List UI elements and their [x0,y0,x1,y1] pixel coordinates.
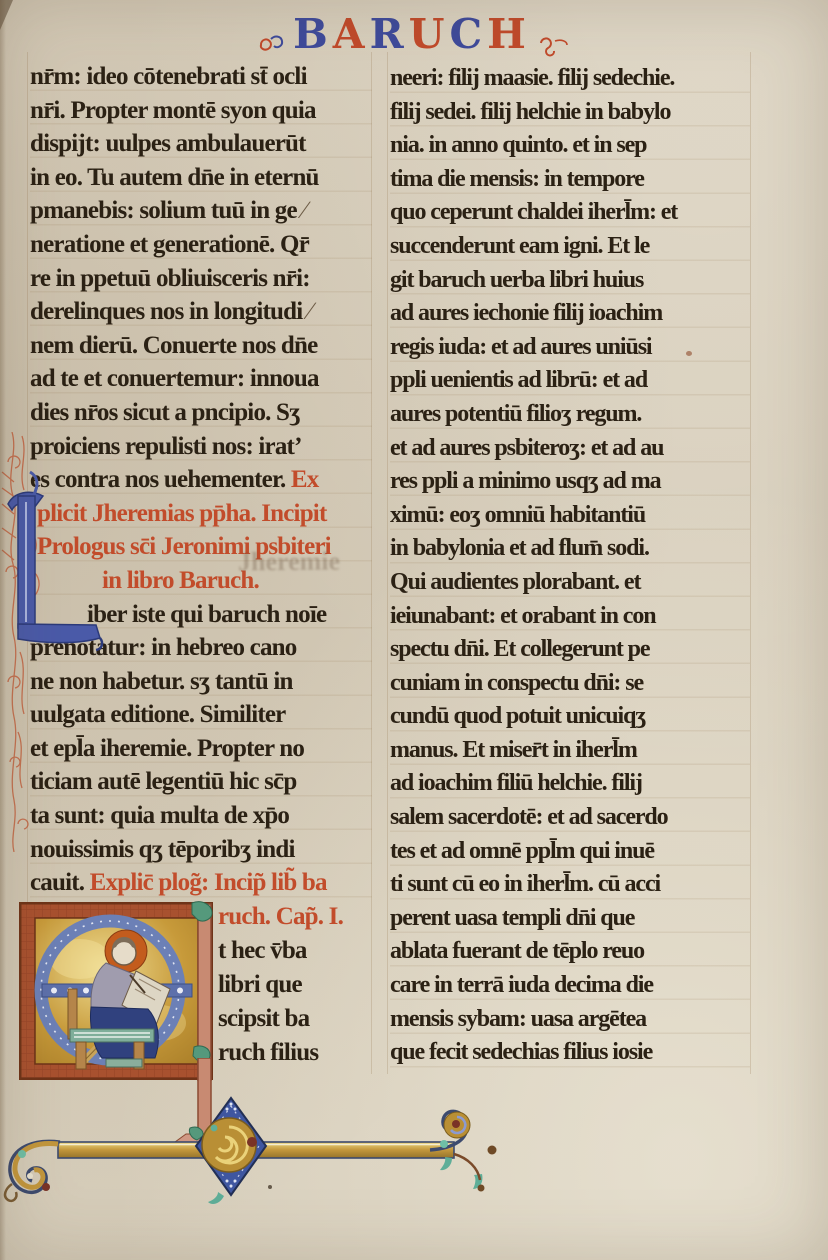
body-text: git baruch uerba libri huius [390,267,643,293]
body-text: scipsit ba [218,1005,309,1032]
bottom-bar-ornament [0,1058,520,1260]
text-line: neratione et generationē. Qr̄ [30,228,372,262]
body-text: dies nr̄os sicut a pncipio. Sʒ [30,399,300,426]
body-text: nr̄m: ideo cōtenebrati st̄ ocli [30,63,307,90]
text-line: ximū: eoʒ omniū habitantiū [390,499,750,533]
text-line: nia. in anno quinto. et in sep [390,129,750,163]
left-terminal-curl [5,1141,60,1201]
beside-initial-lines: ruch. Cap̃. I.t hec v̄balibri quescipsit… [218,900,370,1070]
text-line: dispijt: uulpes ambulauerūt [30,127,372,161]
white-dot [27,1173,33,1179]
teal-leaf [208,1192,224,1204]
header-flourish-left-icon [257,31,287,57]
text-line: re in ppetuū obliuisceris nr̄i: [30,262,372,296]
brown-dot [488,1146,497,1155]
teal-leaf [440,1157,452,1170]
body-text: tima die mensis: in tempore [390,166,644,192]
header-letter: B [293,10,333,58]
body-text: filij sedei. filij helchie in babylo [390,99,670,125]
initial-L [8,472,102,650]
body-text: salem sacerdotē: et ad sacerdo [390,804,668,830]
body-text: aures potentiū filioʒ regum. [390,401,641,427]
text-line: neeri: filij maasie. filij sedechie. [390,62,750,96]
body-text: ∕ [297,197,306,224]
text-line: regis iuda: et ad aures uniūsi [390,331,750,365]
header-letter: A [333,10,370,58]
body-text: spectu dn̄i. Et collegerunt pe [390,636,649,662]
teal-leaf [211,1125,218,1132]
text-line: ppli uenientis ad librū: et ad [390,364,750,398]
stain-spot [268,1185,272,1189]
text-line: perent uasa templi dn̄i que [390,902,750,936]
maroon-dot [42,1183,50,1191]
body-text: ximū: eoʒ omniū habitantiū [390,502,645,528]
page-edge-shadow [0,0,6,1260]
text-line: ieiunabant: et orabant in con [390,600,750,634]
rubric-text: Explic̄ plog̃: Incip̃ lib̃ ba [90,869,327,896]
text-line: succenderunt eam igni. Et le [390,230,750,264]
text-line: ruch. Cap̃. I. [218,900,370,934]
header-letter: R [370,10,409,58]
body-text: derelinques nos in longitudi [30,298,302,325]
brown-dot [478,1185,485,1192]
ruling-line [750,52,751,1074]
body-text: neratione et generationē. Qr̄ [30,231,309,258]
body-text: res ppli a minimo usqʒ ad ma [390,468,661,494]
teal-leaf [18,1150,26,1158]
body-text: tes et ad omnē ppl̄m qui inuē [390,838,654,864]
body-text: neeri: filij maasie. filij sedechie. [390,65,674,91]
text-line: mensis sybam: uasa argētea [390,1003,750,1037]
text-line: spectu dn̄i. Et collegerunt pe [390,633,750,667]
body-text: et ad aures psbiteroʒ: et ad au [390,435,663,461]
bench-seat [70,1029,154,1042]
running-title: BARUCH [0,10,828,58]
text-line: derelinques nos in longitudi ∕ [30,295,372,329]
body-text: ti sunt cū eo in iherl̄m. cū acci [390,871,660,897]
text-line: manus. Et miser̄t in iherl̄m [390,734,750,768]
historiated-initial-E: Baruch the scribe seated, writing on a t… [18,901,214,1081]
body-text: pmanebis: solium tuū in ge [30,197,297,224]
text-line: quo ceperunt chaldei iherl̄m: et [390,196,750,230]
text-line: Qui audientes plorabant. et [390,566,750,600]
text-line: care in terrā iuda decima die [390,969,750,1003]
body-text: ieiunabant: et orabant in con [390,603,655,629]
text-line: res ppli a minimo usqʒ ad ma [390,465,750,499]
rubric-text: in libro Baruch. [102,567,259,594]
text-line: in eo. Tu autem dn̄e in eternū [30,161,372,195]
text-line: pmanebis: solium tuū in ge ∕ [30,194,372,228]
body-text: ad te et conuertemur: innoua [30,365,319,392]
ink-offset-ghost-text: Jheremie [238,547,340,578]
text-line: dies nr̄os sicut a pncipio. Sʒ [30,396,372,430]
text-line: nr̄m: ideo cōtenebrati st̄ ocli [30,60,372,94]
text-line: ad aures iechonie filij ioachim [390,297,750,331]
body-text: in babylonia et ad flum̄ sodi. [390,535,649,561]
text-line: cuniam in conspectu dn̄i: se [390,667,750,701]
header-flourish-right-icon [537,31,571,57]
body-text: nr̄i. Propter montē syon quia [30,97,316,124]
body-text: cundū quod potuit unicuiqʒ [390,703,645,729]
body-text: t hec v̄ba [218,937,307,964]
body-text: libri que [218,971,302,998]
text-line: filij sedei. filij helchie in babylo [390,96,750,130]
body-text: nia. in anno quinto. et in sep [390,132,646,158]
text-line: ablata fuerant de tēplo reuo [390,935,750,969]
text-line: nr̄i. Propter montē syon quia [30,94,372,128]
text-line: et ad aures psbiteroʒ: et ad au [390,432,750,466]
text-line: salem sacerdotē: et ad sacerdo [390,801,750,835]
text-line: ti sunt cū eo in iherl̄m. cū acci [390,868,750,902]
header-letter: H [487,10,531,58]
ruling-line [387,52,388,1074]
body-text: succenderunt eam igni. Et le [390,233,649,259]
text-line: in babylonia et ad flum̄ sodi. [390,532,750,566]
body-text: mensis sybam: uasa argētea [390,1006,646,1032]
title-letters: BARUCH [293,35,531,52]
right-text-column: neeri: filij maasie. filij sedechie.fili… [390,62,750,1070]
text-line: cundū quod potuit unicuiqʒ [390,700,750,734]
body-text: ∕ [302,298,311,325]
body-text: ablata fuerant de tēplo reuo [390,938,644,964]
initial-L-with-filigree: L [0,432,112,852]
body-text: nem dierū. Conuerte nos dn̄e [30,332,317,359]
text-line: t hec v̄ba [218,934,370,968]
text-line: ad te et conuertemur: innoua [30,362,372,396]
teal-leaf [440,1140,448,1148]
body-text: re in ppetuū obliuisceris nr̄i: [30,265,310,292]
text-line: tes et ad omnē ppl̄m qui inuē [390,835,750,869]
text-line: cauit. Explic̄ plog̃: Incip̃ lib̃ ba [30,866,372,900]
text-line: git baruch uerba libri huius [390,264,750,298]
manuscript-page: BARUCH nr̄m: ideo cōtenebrati st̄ oclinr… [0,0,828,1260]
body-text: Qui audientes plorabant. et [390,569,640,595]
text-line: aures potentiū filioʒ regum. [390,398,750,432]
stain-spot [686,351,692,356]
rubric-text: Ex [291,466,319,493]
body-text: quo ceperunt chaldei iherl̄m: et [390,199,677,225]
body-text: manus. Et miser̄t in iherl̄m [390,737,637,763]
body-text: iber iste qui baruch noīe [87,601,326,628]
text-line: ad ioachim filiū helchie. filij [390,767,750,801]
text-line: scipsit ba [218,1002,370,1036]
header-letter: U [409,10,450,58]
maroon-dot [452,1120,460,1128]
body-text: cauit. [30,869,90,896]
body-text: perent uasa templi dn̄i que [390,905,634,931]
header-letter: C [449,10,487,58]
body-text: in eo. Tu autem dn̄e in eternū [30,164,319,191]
body-text: cuniam in conspectu dn̄i: se [390,670,643,696]
text-line: nem dierū. Conuerte nos dn̄e [30,329,372,363]
body-text: ad aures iechonie filij ioachim [390,300,662,326]
text-line: tima die mensis: in tempore [390,163,750,197]
text-line: libri que [218,968,370,1002]
body-text: ad ioachim filiū helchie. filij [390,770,642,796]
maroon-dot [247,1137,257,1147]
rubric-text: ruch. Cap̃. I. [218,903,343,930]
body-text: ppli uenientis ad librū: et ad [390,367,647,393]
body-text: regis iuda: et ad aures uniūsi [390,334,652,360]
body-text: care in terrā iuda decima die [390,972,653,998]
body-text: dispijt: uulpes ambulauerūt [30,130,306,157]
